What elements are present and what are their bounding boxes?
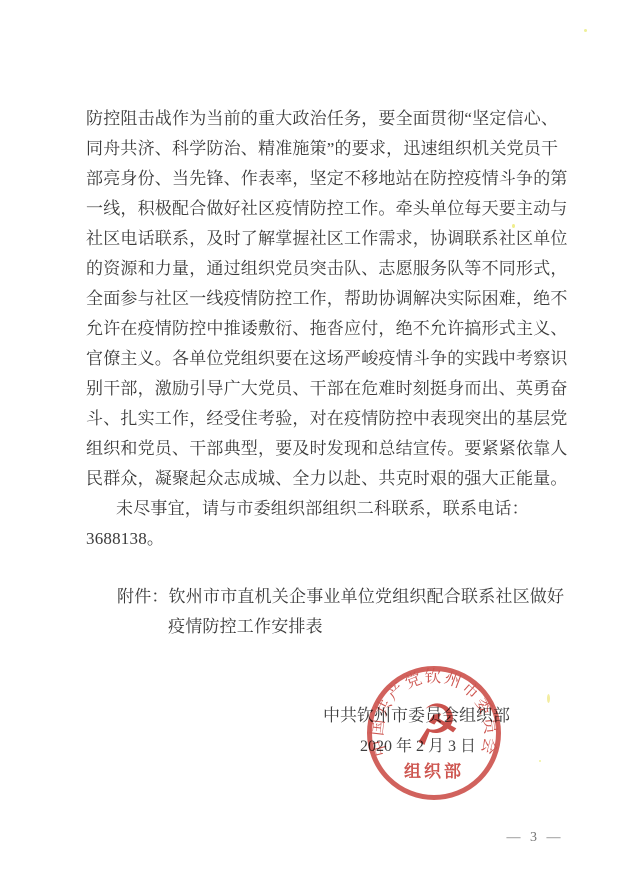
- scan-speck: [539, 760, 541, 762]
- document-body: 防控阻击战作为当前的重大政治任务，要全面贯彻“坚定信心、 同舟共济、科学防治、精…: [86, 104, 556, 554]
- body-line: 民群众，凝聚起众志成城、全力以赴、共克时艰的强大正能量。: [86, 464, 556, 494]
- body-line: 官僚主义。各单位党组织要在这场严峻疫情斗争的实践中考察识: [86, 344, 556, 374]
- scan-speck: [547, 694, 550, 703]
- body-line: 防控阻击战作为当前的重大政治任务，要全面贯彻“坚定信心、: [86, 104, 556, 134]
- scan-speck: [512, 224, 515, 228]
- body-line: 组织和党员、干部典型，要及时发现和总结宣传。要紧紧依靠人: [86, 434, 556, 464]
- page-number: — 3 —: [488, 830, 582, 846]
- closing-line: 未尽事宜，请与市委组织部组织二科联系，联系电话：: [86, 494, 556, 524]
- attachment-line-1: 附件：钦州市市直机关企事业单位党组织配合联系社区做好: [117, 582, 564, 612]
- body-line: 允许在疫情防控中推诿敷衍、拖沓应付，绝不允许搞形式主义、: [86, 314, 556, 344]
- body-line: 全面参与社区一线疫情防控工作，帮助协调解决实际困难，绝不: [86, 284, 556, 314]
- scanned-document-page: 防控阻击战作为当前的重大政治任务，要全面贯彻“坚定信心、 同舟共济、科学防治、精…: [0, 0, 624, 882]
- attachment-note: 附件：钦州市市直机关企事业单位党组织配合联系社区做好 疫情防控工作安排表: [117, 582, 564, 642]
- seal-bottom-text: 组织部: [404, 761, 464, 781]
- body-line: 部亮身份、当先锋、作表率，坚定不移地站在防控疫情斗争的第: [86, 164, 556, 194]
- official-red-seal: 中国共产党钦州市委员会 ☭ 组织部: [366, 665, 502, 801]
- contact-phone-line: 3688138。: [86, 524, 556, 554]
- body-line: 同舟共济、科学防治、精准施策”的要求，迅速组织机关党员干: [86, 134, 556, 164]
- body-line: 的资源和力量，通过组织党员突击队、志愿服务队等不同形式，: [86, 254, 556, 284]
- attachment-line-2: 疫情防控工作安排表: [168, 612, 564, 642]
- body-line: 社区电话联系，及时了解掌握社区工作需求，协调联系社区单位: [86, 224, 556, 254]
- hammer-and-sickle-icon: ☭: [408, 690, 465, 759]
- seal-graphic: 中国共产党钦州市委员会 ☭ 组织部: [366, 665, 502, 801]
- body-line: 一线，积极配合做好社区疫情防控工作。牵头单位每天要主动与: [86, 194, 556, 224]
- body-line: 斗、扎实工作，经受住考验，对在疫情防控中表现突出的基层党: [86, 404, 556, 434]
- scan-speck: [584, 29, 587, 32]
- body-line: 别干部，激励引导广大党员、干部在危难时刻挺身而出、英勇奋: [86, 374, 556, 404]
